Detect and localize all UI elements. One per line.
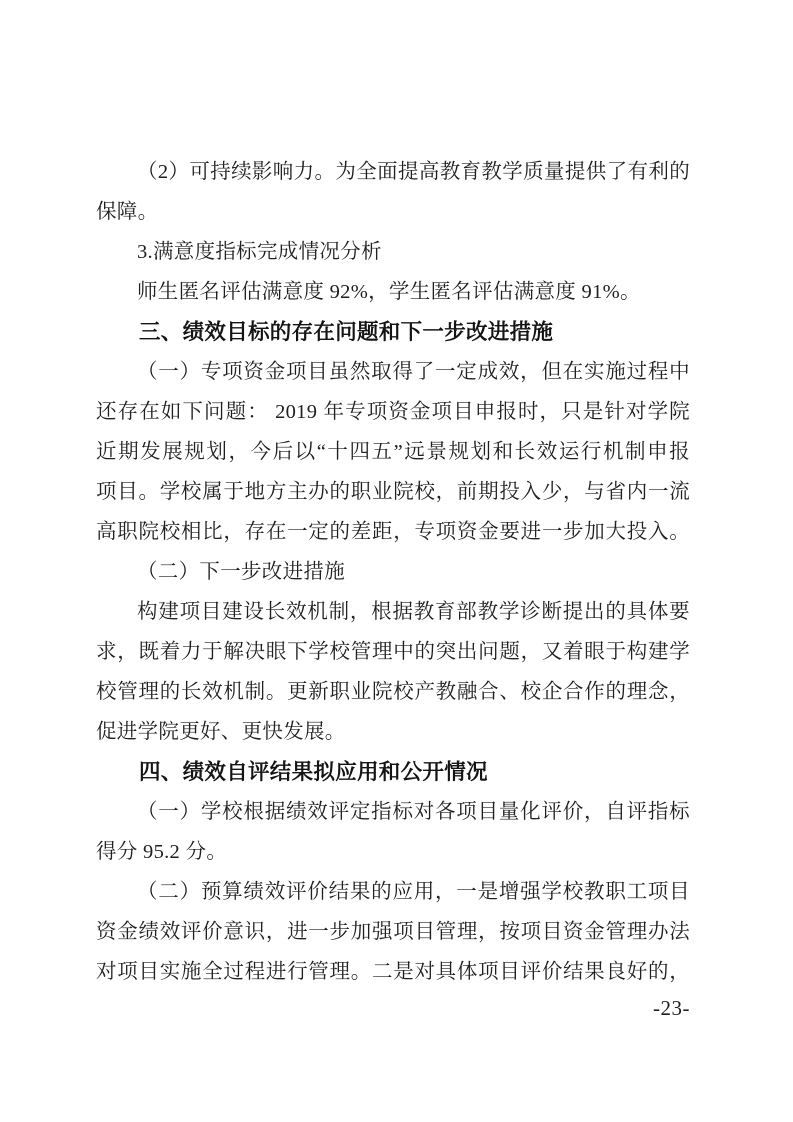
doc-line: 构建项目建设长效机制，根据教育部教学诊断提出的具体要 bbox=[96, 592, 690, 632]
doc-line: 近期发展规划，今后以“十四五”远景规划和长效运行机制申报 bbox=[96, 432, 690, 472]
doc-line: 求，既着力于解决眼下学校管理中的突出问题，又着眼于构建学 bbox=[96, 632, 690, 672]
document-body: （2）可持续影响力。为全面提高教育教学质量提供了有利的 保障。 3.满意度指标完… bbox=[96, 152, 690, 1021]
page-number: -23- bbox=[96, 995, 690, 1021]
doc-line: 项目。学校属于地方主办的职业院校，前期投入少，与省内一流 bbox=[96, 472, 690, 512]
doc-line: 资金绩效评价意识，进一步加强项目管理，按项目资金管理办法 bbox=[96, 912, 690, 952]
doc-line: 高职院校相比，存在一定的差距，专项资金要进一步加大投入。 bbox=[96, 512, 690, 552]
doc-line: 得分 95.2 分。 bbox=[96, 832, 690, 872]
doc-line: 对项目实施全过程进行管理。二是对具体项目评价结果良好的， bbox=[96, 952, 690, 992]
doc-line: 促进学院更好、更快发展。 bbox=[96, 712, 690, 752]
doc-line: （一）专项资金项目虽然取得了一定成效，但在实施过程中 bbox=[96, 352, 690, 392]
doc-line: （一）学校根据绩效评定指标对各项目量化评价，自评指标 bbox=[96, 792, 690, 832]
document-page: （2）可持续影响力。为全面提高教育教学质量提供了有利的 保障。 3.满意度指标完… bbox=[0, 0, 793, 1122]
doc-line: （二）下一步改进措施 bbox=[96, 552, 690, 592]
doc-line: 校管理的长效机制。更新职业院校产教融合、校企合作的理念， bbox=[96, 672, 690, 712]
section-heading-4: 四、绩效自评结果拟应用和公开情况 bbox=[96, 752, 690, 792]
doc-line: 3.满意度指标完成情况分析 bbox=[96, 232, 690, 272]
doc-line: 保障。 bbox=[96, 192, 690, 232]
doc-line: 师生匿名评估满意度 92%，学生匿名评估满意度 91%。 bbox=[96, 272, 690, 312]
doc-line: （二）预算绩效评价结果的应用，一是增强学校教职工项目 bbox=[96, 872, 690, 912]
section-heading-3: 三、绩效目标的存在问题和下一步改进措施 bbox=[96, 312, 690, 352]
doc-line: （2）可持续影响力。为全面提高教育教学质量提供了有利的 bbox=[96, 152, 690, 192]
doc-line: 还存在如下问题： 2019 年专项资金项目申报时，只是针对学院 bbox=[96, 392, 690, 432]
